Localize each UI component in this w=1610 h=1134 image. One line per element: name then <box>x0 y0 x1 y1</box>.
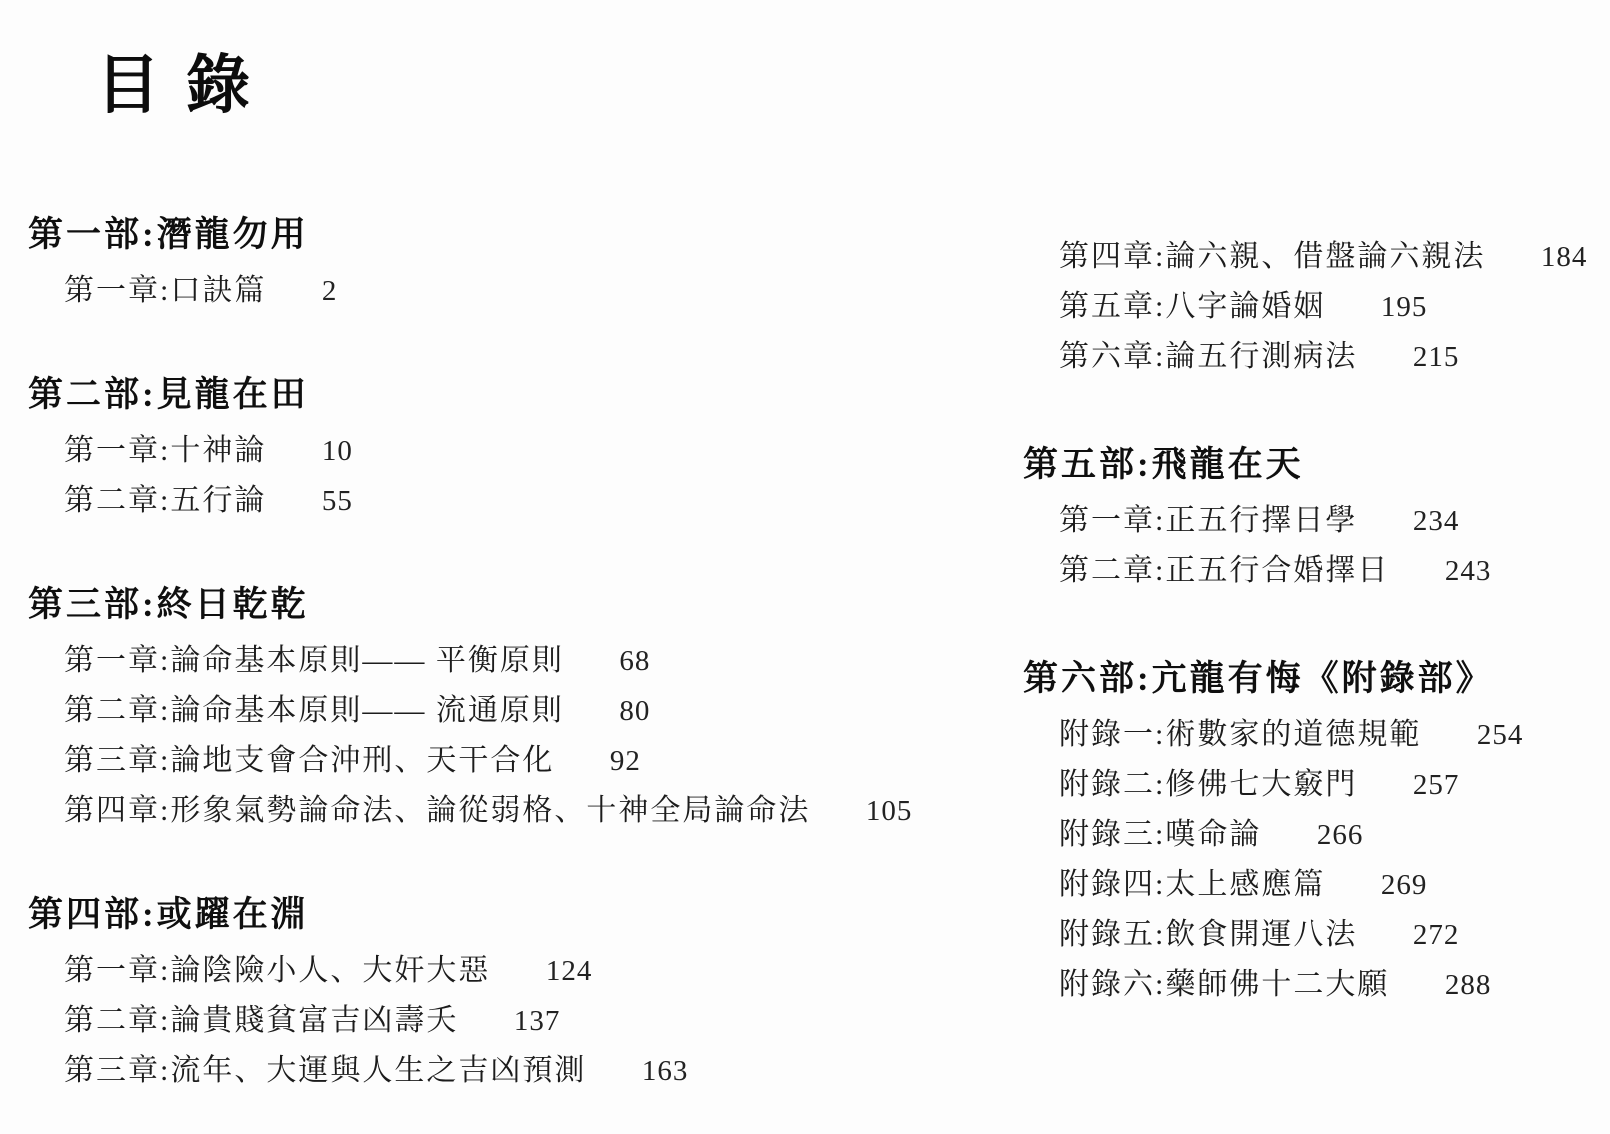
chapter-page-number: 92 <box>610 736 641 786</box>
toc-page: 目錄 第一部:潛龍勿用 第一章:口訣篇 2 第二部:見龍在田 第一章:十神論 1… <box>0 0 1610 1134</box>
chapter-label: 第六章:論五行測病法 <box>1059 340 1357 373</box>
toc-entry: 第二章:論命基本原則—— 流通原則 80 <box>28 686 928 736</box>
toc-entry: 第二章:論貴賤貧富吉凶壽夭 137 <box>28 996 928 1046</box>
section-title: 第四部:或躍在淵 <box>28 892 928 938</box>
toc-entry: 附錄四:太上感應篇 269 <box>1023 860 1583 910</box>
chapter-label: 第一章:論陰險小人、大奸大惡 <box>64 954 490 987</box>
toc-section-part4-continued: 第四章:論六親、借盤論六親法 184 第五章:八字論婚姻 195 第六章:論五行… <box>1023 232 1583 382</box>
chapter-page-number: 288 <box>1445 960 1492 1010</box>
chapter-page-number: 68 <box>619 636 650 686</box>
chapter-page-number: 55 <box>322 476 353 526</box>
chapter-label: 第二章:論命基本原則—— 流通原則 <box>64 694 564 727</box>
chapter-label: 第一章:口訣篇 <box>64 274 266 307</box>
chapter-page-number: 215 <box>1413 332 1460 382</box>
section-title: 第六部:亢龍有悔《附錄部》 <box>1023 656 1583 702</box>
toc-section-part2: 第二部:見龍在田 第一章:十神論 10 第二章:五行論 55 <box>28 372 928 526</box>
toc-entry: 附錄三:嘆命論 266 <box>1023 810 1583 860</box>
toc-entry: 附錄六:藥師佛十二大願 288 <box>1023 960 1583 1010</box>
chapter-label: 第二章:正五行合婚擇日 <box>1059 554 1389 587</box>
chapter-label: 第一章:正五行擇日學 <box>1059 504 1357 537</box>
chapter-label: 附錄六:藥師佛十二大願 <box>1059 968 1389 1001</box>
chapter-page-number: 272 <box>1413 910 1460 960</box>
toc-section-part4: 第四部:或躍在淵 第一章:論陰險小人、大奸大惡 124 第二章:論貴賤貧富吉凶壽… <box>28 892 928 1096</box>
toc-entry: 第一章:論陰險小人、大奸大惡 124 <box>28 946 928 996</box>
toc-entry: 第四章:形象氣勢論命法、論從弱格、十神全局論命法 105 <box>28 786 928 836</box>
toc-entry: 第五章:八字論婚姻 195 <box>1023 282 1583 332</box>
chapter-label: 附錄四:太上感應篇 <box>1059 868 1325 901</box>
toc-entry: 第四章:論六親、借盤論六親法 184 <box>1023 232 1583 282</box>
chapter-page-number: 137 <box>514 996 561 1046</box>
chapter-page-number: 2 <box>322 266 338 316</box>
toc-entry: 第一章:論命基本原則—— 平衡原則 68 <box>28 636 928 686</box>
toc-section-part5: 第五部:飛龍在天 第一章:正五行擇日學 234 第二章:正五行合婚擇日 243 <box>1023 442 1583 596</box>
section-title: 第二部:見龍在田 <box>28 372 928 418</box>
chapter-label: 第二章:五行論 <box>64 484 266 517</box>
chapter-page-number: 243 <box>1445 546 1492 596</box>
toc-entry: 第六章:論五行測病法 215 <box>1023 332 1583 382</box>
section-title: 第五部:飛龍在天 <box>1023 442 1583 488</box>
toc-entry: 第一章:正五行擇日學 234 <box>1023 496 1583 546</box>
section-title: 第三部:終日乾乾 <box>28 582 928 628</box>
chapter-page-number: 10 <box>322 426 353 476</box>
toc-section-part6: 第六部:亢龍有悔《附錄部》 附錄一:術數家的道德規範 254 附錄二:修佛七大竅… <box>1023 656 1583 1010</box>
toc-entry: 第一章:口訣篇 2 <box>28 266 928 316</box>
toc-right-column: 第四章:論六親、借盤論六親法 184 第五章:八字論婚姻 195 第六章:論五行… <box>1023 232 1583 1010</box>
chapter-page-number: 163 <box>642 1046 689 1096</box>
chapter-label: 附錄五:飲食開運八法 <box>1059 918 1357 951</box>
chapter-label: 第五章:八字論婚姻 <box>1059 290 1325 323</box>
chapter-label: 第四章:形象氣勢論命法、論從弱格、十神全局論命法 <box>64 794 810 827</box>
chapter-label: 第三章:論地支會合沖刑、天干合化 <box>64 744 554 777</box>
chapter-page-number: 269 <box>1381 860 1428 910</box>
chapter-page-number: 254 <box>1477 710 1524 760</box>
chapter-label: 第二章:論貴賤貧富吉凶壽夭 <box>64 1004 458 1037</box>
chapter-page-number: 234 <box>1413 496 1460 546</box>
toc-entry: 附錄一:術數家的道德規範 254 <box>1023 710 1583 760</box>
chapter-label: 第一章:論命基本原則—— 平衡原則 <box>64 644 564 677</box>
toc-section-part3: 第三部:終日乾乾 第一章:論命基本原則—— 平衡原則 68 第二章:論命基本原則… <box>28 582 928 836</box>
chapter-page-number: 257 <box>1413 760 1460 810</box>
chapter-page-number: 80 <box>619 686 650 736</box>
chapter-label: 附錄三:嘆命論 <box>1059 818 1261 851</box>
chapter-label: 第四章:論六親、借盤論六親法 <box>1059 240 1485 273</box>
chapter-page-number: 195 <box>1381 282 1428 332</box>
page-title: 目錄 <box>96 34 276 126</box>
chapter-label: 第一章:十神論 <box>64 434 266 467</box>
chapter-label: 附錄二:修佛七大竅門 <box>1059 768 1357 801</box>
toc-left-column: 第一部:潛龍勿用 第一章:口訣篇 2 第二部:見龍在田 第一章:十神論 10 第… <box>28 212 928 1096</box>
chapter-label: 第三章:流年、大運與人生之吉凶預測 <box>64 1054 586 1087</box>
toc-entry: 附錄二:修佛七大竅門 257 <box>1023 760 1583 810</box>
chapter-page-number: 105 <box>866 786 913 836</box>
chapter-page-number: 266 <box>1317 810 1364 860</box>
toc-entry: 第三章:論地支會合沖刑、天干合化 92 <box>28 736 928 786</box>
toc-section-part1: 第一部:潛龍勿用 第一章:口訣篇 2 <box>28 212 928 316</box>
toc-entry: 第二章:正五行合婚擇日 243 <box>1023 546 1583 596</box>
toc-entry: 第三章:流年、大運與人生之吉凶預測 163 <box>28 1046 928 1096</box>
section-title: 第一部:潛龍勿用 <box>28 212 928 258</box>
toc-entry: 附錄五:飲食開運八法 272 <box>1023 910 1583 960</box>
toc-entry: 第一章:十神論 10 <box>28 426 928 476</box>
toc-entry: 第二章:五行論 55 <box>28 476 928 526</box>
chapter-label: 附錄一:術數家的道德規範 <box>1059 718 1421 751</box>
chapter-page-number: 184 <box>1541 232 1588 282</box>
chapter-page-number: 124 <box>546 946 593 996</box>
